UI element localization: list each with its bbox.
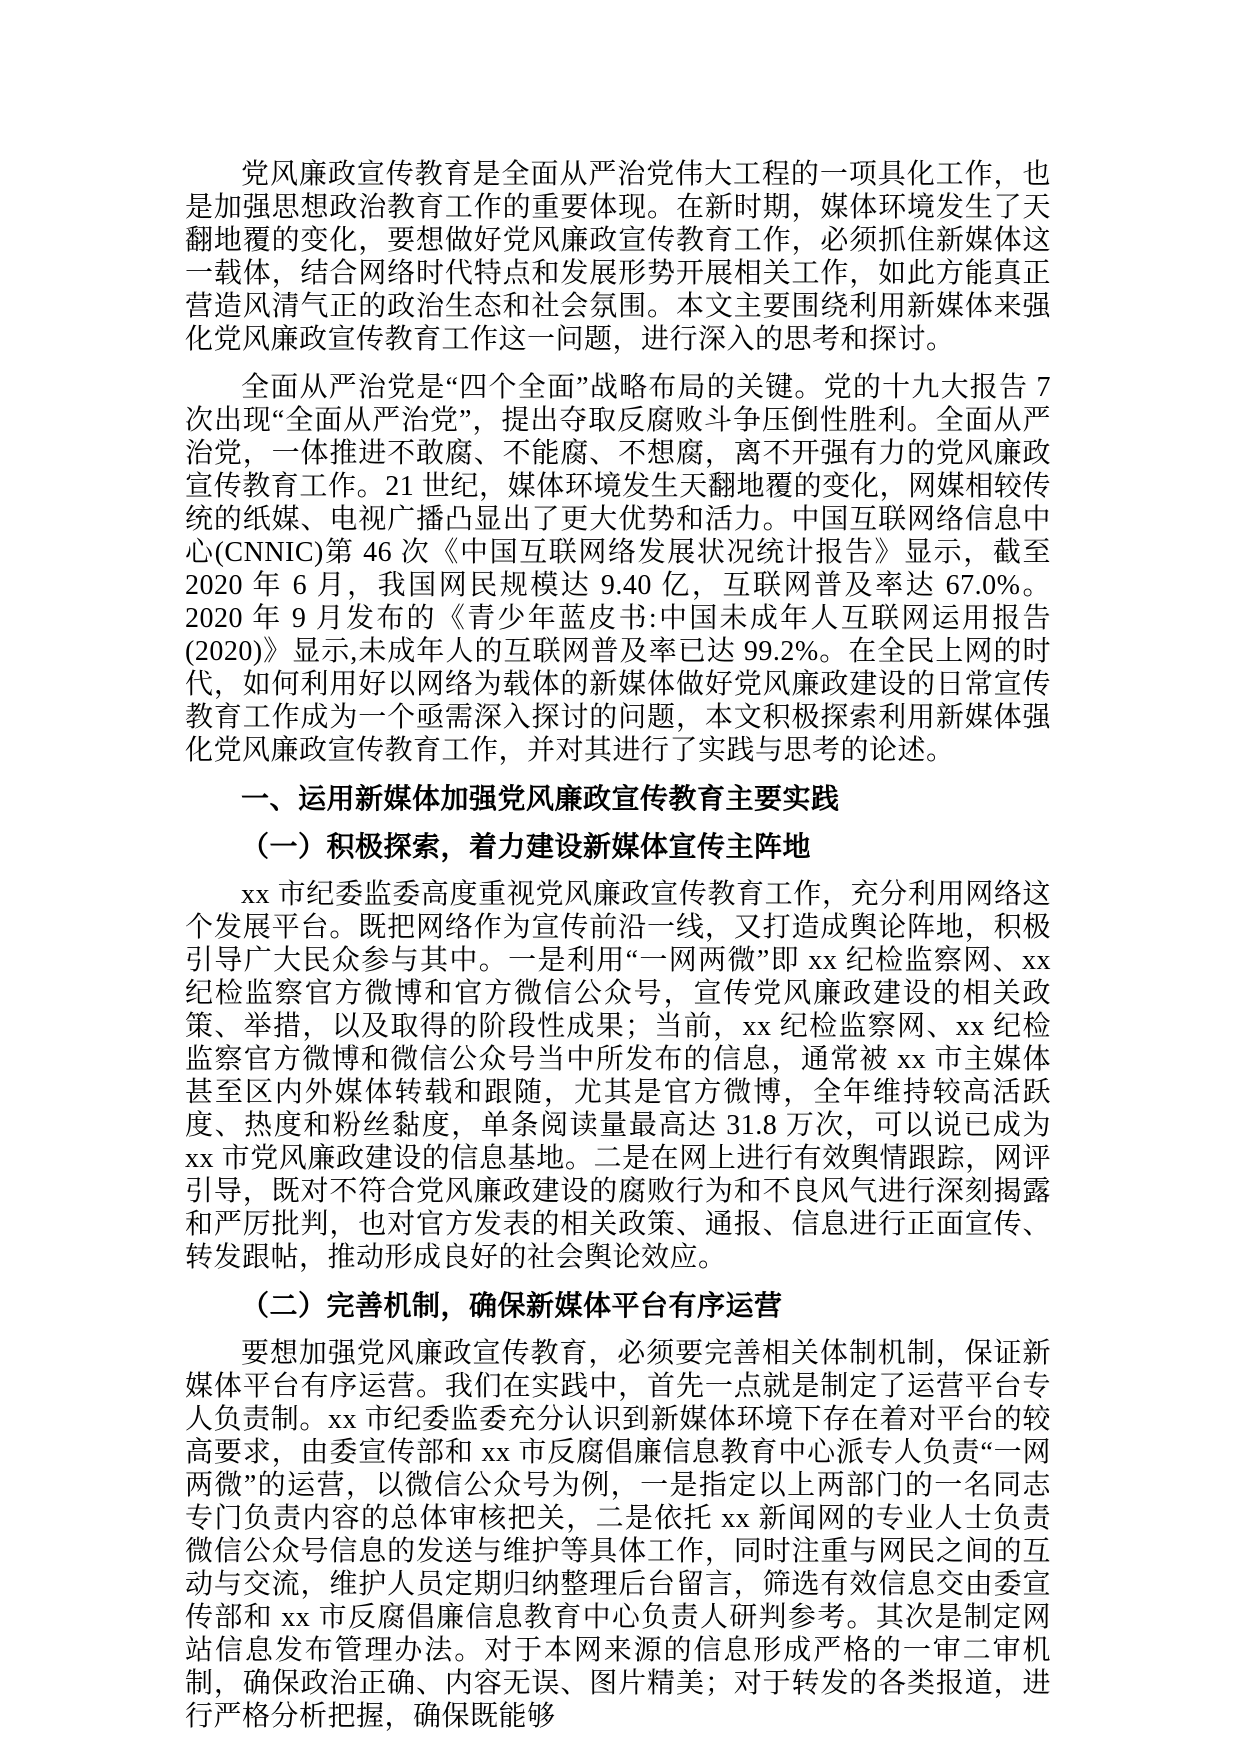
paragraph: 全面从严治党是“四个全面”战略布局的关键。党的十九大报告 7 次出现“全面从严治… — [185, 371, 1051, 767]
section-heading-level2: （二）完善机制，确保新媒体平台有序运营 — [185, 1289, 1051, 1322]
paragraph: 要想加强党风廉政宣传教育，必须要完善相关体制机制，保证新媒体平台有序运营。我们在… — [185, 1337, 1051, 1733]
section-heading-level1: 一、运用新媒体加强党风廉政宣传教育主要实践 — [185, 782, 1051, 815]
document-content: 党风廉政宣传教育是全面从严治党伟大工程的一项具化工作，也是加强思想政治教育工作的… — [185, 158, 1051, 1748]
paragraph: xx 市纪委监委高度重视党风廉政宣传教育工作，充分利用网络这个发展平台。既把网络… — [185, 878, 1051, 1274]
section-heading-level2: （一）积极探索，着力建设新媒体宣传主阵地 — [185, 830, 1051, 863]
paragraph: 党风廉政宣传教育是全面从严治党伟大工程的一项具化工作，也是加强思想政治教育工作的… — [185, 158, 1051, 356]
document-page: 党风廉政宣传教育是全面从严治党伟大工程的一项具化工作，也是加强思想政治教育工作的… — [0, 0, 1240, 1754]
